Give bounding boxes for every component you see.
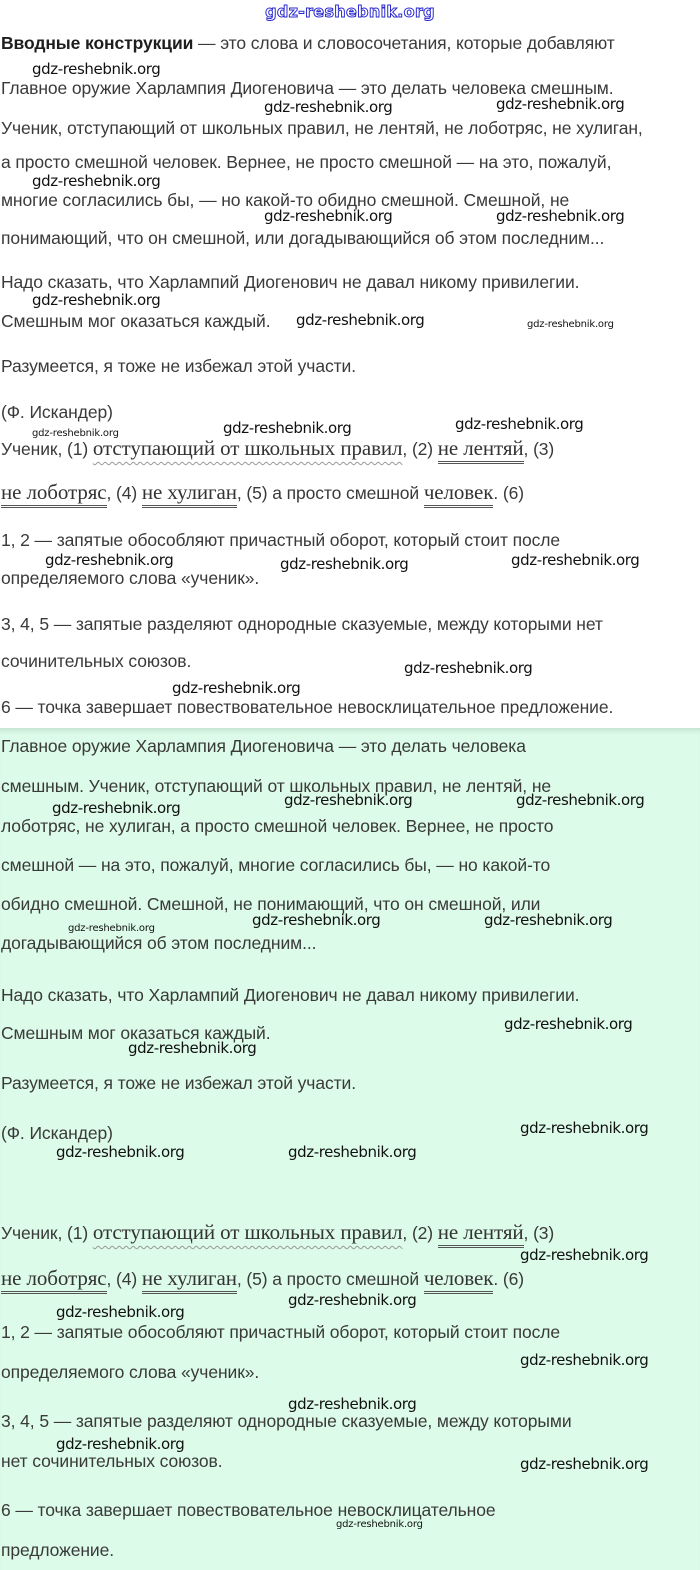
- watermark: gdz-reshebnik.org: [284, 791, 412, 809]
- text-line: Смешным мог оказаться каждый.: [1, 311, 271, 332]
- author-line: (Ф. Искандер): [1, 402, 113, 423]
- watermark: gdz-reshebnik.org: [288, 1291, 416, 1309]
- watermark: gdz-reshebnik.org: [56, 1143, 184, 1161]
- watermark: gdz-reshebnik.org: [45, 551, 173, 569]
- explanation-line: 3, 4, 5 — запятые разделяют однородные с…: [1, 614, 603, 635]
- watermark: gdz-reshebnik.org: [280, 555, 408, 573]
- watermark: gdz-reshebnik.org: [264, 98, 392, 116]
- watermark: gdz-reshebnik.org: [520, 1351, 648, 1369]
- watermark: gdz-reshebnik.org: [288, 1143, 416, 1161]
- watermark: gdz-reshebnik.org: [520, 1119, 648, 1137]
- watermark: gdz-reshebnik.org: [455, 415, 583, 433]
- watermark: gdz-reshebnik.org: [520, 1246, 648, 1264]
- answer-explanation: нет сочинительных союзов.: [1, 1451, 223, 1472]
- watermark: gdz-reshebnik.org: [172, 679, 300, 697]
- watermark: gdz-reshebnik.org: [32, 172, 160, 190]
- answer-line: смешным. Ученик, отступающий от школьных…: [1, 776, 551, 797]
- watermark: gdz-reshebnik.org: [252, 911, 380, 929]
- answer-line: догадывающийся об этом последним...: [1, 933, 316, 954]
- answer-parse-line-2: не лоботряс, (4) не хулиган, (5) а прост…: [1, 1266, 524, 1291]
- watermark: gdz-reshebnik.org: [516, 791, 644, 809]
- participle-phrase: отступающий от школьных правил: [93, 1220, 403, 1244]
- watermark: gdz-reshebnik.org: [504, 1015, 632, 1033]
- answer-line: смешной — на это, пожалуй, многие соглас…: [1, 855, 550, 876]
- predicate: не хулиган: [142, 1266, 237, 1294]
- watermark: gdz-reshebnik.org: [288, 1395, 416, 1413]
- watermark: gdz-reshebnik.org: [52, 799, 180, 817]
- watermark: gdz-reshebnik.org: [68, 923, 155, 934]
- predicate: не лоботряс: [1, 480, 107, 508]
- answer-explanation: предложение.: [1, 1540, 114, 1561]
- answer-line: Главное оружие Харлампия Диогеновича — э…: [1, 736, 526, 757]
- answer-line: лоботряс, не хулиган, а просто смешной ч…: [1, 816, 553, 837]
- watermark: gdz-reshebnik.org: [128, 1039, 256, 1057]
- watermark: gdz-reshebnik.org: [32, 60, 160, 78]
- text-line: Ученик, отступающий от школьных правил, …: [1, 118, 643, 139]
- watermark: gdz-reshebnik.org: [264, 207, 392, 225]
- watermark: gdz-reshebnik.org: [527, 319, 614, 330]
- participle-phrase: отступающий от школьных правил: [93, 436, 403, 460]
- site-logo[interactable]: gdz-reshebnik.org: [265, 2, 435, 21]
- intro-text: — это слова и словосочетания, которые до…: [193, 33, 614, 53]
- watermark: gdz-reshebnik.org: [223, 419, 351, 437]
- predicate: человек: [424, 1266, 493, 1294]
- answer-parse-line-1: Ученик, (1) отступающий от школьных прав…: [1, 1220, 554, 1245]
- parse-line-1: Ученик, (1) отступающий от школьных прав…: [1, 436, 554, 461]
- term-bold: Вводные конструкции: [1, 33, 193, 53]
- watermark: gdz-reshebnik.org: [296, 311, 424, 329]
- explanation-line: сочинительных союзов.: [1, 651, 191, 672]
- watermark: gdz-reshebnik.org: [32, 428, 119, 439]
- predicate: не лентяй: [438, 436, 524, 464]
- predicate: человек: [424, 480, 493, 508]
- text-line: а просто смешной человек. Вернее, не про…: [1, 152, 611, 173]
- watermark: gdz-reshebnik.org: [496, 95, 624, 113]
- watermark: gdz-reshebnik.org: [484, 911, 612, 929]
- watermark: gdz-reshebnik.org: [56, 1435, 184, 1453]
- predicate: не лоботряс: [1, 1266, 107, 1294]
- site-header: gdz-reshebnik.org: [0, 0, 700, 26]
- watermark: gdz-reshebnik.org: [511, 551, 639, 569]
- watermark: gdz-reshebnik.org: [496, 207, 624, 225]
- explanation-line: 6 — точка завершает повествовательное не…: [1, 697, 613, 718]
- watermark: gdz-reshebnik.org: [32, 291, 160, 309]
- explanation-line: 1, 2 — запятые обособляют причастный обо…: [1, 530, 560, 551]
- answer-line: Разумеется, я тоже не избежал этой участ…: [1, 1073, 356, 1094]
- text-line: Надо сказать, что Харлампий Диогенович н…: [1, 272, 579, 293]
- predicate: не хулиган: [142, 480, 237, 508]
- text-line: понимающий, что он смешной, или догадыва…: [1, 228, 604, 249]
- answer-explanation: 3, 4, 5 — запятые разделяют однородные с…: [1, 1411, 572, 1432]
- answer-explanation: 1, 2 — запятые обособляют причастный обо…: [1, 1322, 560, 1343]
- answer-explanation: определяемого слова «ученик».: [1, 1362, 259, 1383]
- watermark: gdz-reshebnik.org: [520, 1455, 648, 1473]
- answer-explanation: 6 — точка завершает повествовательное не…: [1, 1500, 496, 1521]
- text-line: Разумеется, я тоже не избежал этой участ…: [1, 356, 356, 377]
- watermark: gdz-reshebnik.org: [336, 1519, 423, 1530]
- watermark: gdz-reshebnik.org: [404, 659, 532, 677]
- answer-author: (Ф. Искандер): [1, 1123, 113, 1144]
- watermark: gdz-reshebnik.org: [56, 1303, 184, 1321]
- parse-line-2: не лоботряс, (4) не хулиган, (5) а прост…: [1, 480, 524, 505]
- answer-line: Надо сказать, что Харлампий Диогенович н…: [1, 985, 579, 1006]
- predicate: не лентяй: [438, 1220, 524, 1248]
- explanation-line: определяемого слова «ученик».: [1, 568, 259, 589]
- intro-line: Вводные конструкции — это слова и словос…: [1, 33, 615, 54]
